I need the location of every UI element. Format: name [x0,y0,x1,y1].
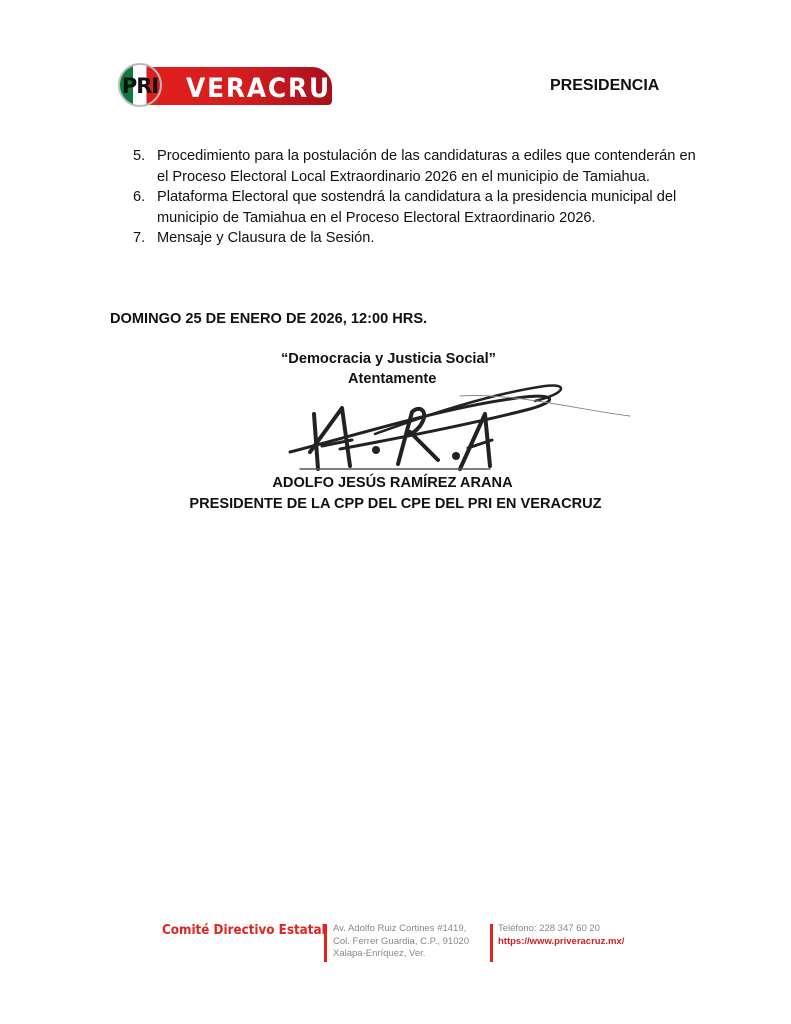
agenda-item-text: Mensaje y Clausura de la Sesión. [157,230,374,246]
footer-address: Av. Adolfo Ruiz Cortines #1419, Col. Fer… [333,923,469,961]
agenda-item-number: 7. [133,228,145,249]
address-line: Av. Adolfo Ruiz Cortines #1419, [333,923,469,936]
agenda-item: 7. Mensaje y Clausura de la Sesión. [127,228,707,249]
footer-website-link[interactable]: https://www.priveracruz.mx/ [498,936,624,949]
signature-icon [280,374,640,474]
motto: “Democracia y Justicia Social” [281,351,496,367]
agenda-list: 5. Procedimiento para la postulación de … [127,146,707,249]
pri-veracruz-logo: VERACRUZ PRI [118,63,334,109]
address-line: Xalapa-Enríquez, Ver. [333,948,469,961]
footer-contact: Teléfono: 228 347 60 20 https://www.priv… [498,923,624,948]
signer-title: PRESIDENTE DE LA CPP DEL CPE DEL PRI EN … [0,494,791,515]
signer-block: ADOLFO JESÚS RAMÍREZ ARANA PRESIDENTE DE… [0,473,791,515]
logo-brand-text: VERACRUZ [186,73,351,104]
address-line: Col. Ferrer Guardia, C.P., 91020 [333,936,469,949]
footer: Comité Directivo Estatal Av. Adolfo Ruiz… [0,920,791,965]
footer-phone: Teléfono: 228 347 60 20 [498,923,624,936]
logo-emblem-text: PRI [120,74,160,98]
session-date: DOMINGO 25 DE ENERO DE 2026, 12:00 HRS. [110,311,427,327]
pri-emblem-icon: PRI [118,63,162,107]
footer-organization: Comité Directivo Estatal [162,923,326,938]
agenda-item-number: 6. [133,187,145,208]
agenda-item-text: Procedimiento para la postulación de las… [157,148,696,185]
agenda-item: 6. Plataforma Electoral que sostendrá la… [127,187,707,228]
footer-divider [324,924,327,962]
agenda-item-text: Plataforma Electoral que sostendrá la ca… [157,189,676,226]
logo-banner: VERACRUZ [136,67,332,105]
agenda-item: 5. Procedimiento para la postulación de … [127,146,707,187]
footer-divider [490,924,493,962]
section-title: PRESIDENCIA [550,77,659,95]
agenda-item-number: 5. [133,146,145,167]
signer-name: ADOLFO JESÚS RAMÍREZ ARANA [0,473,788,494]
